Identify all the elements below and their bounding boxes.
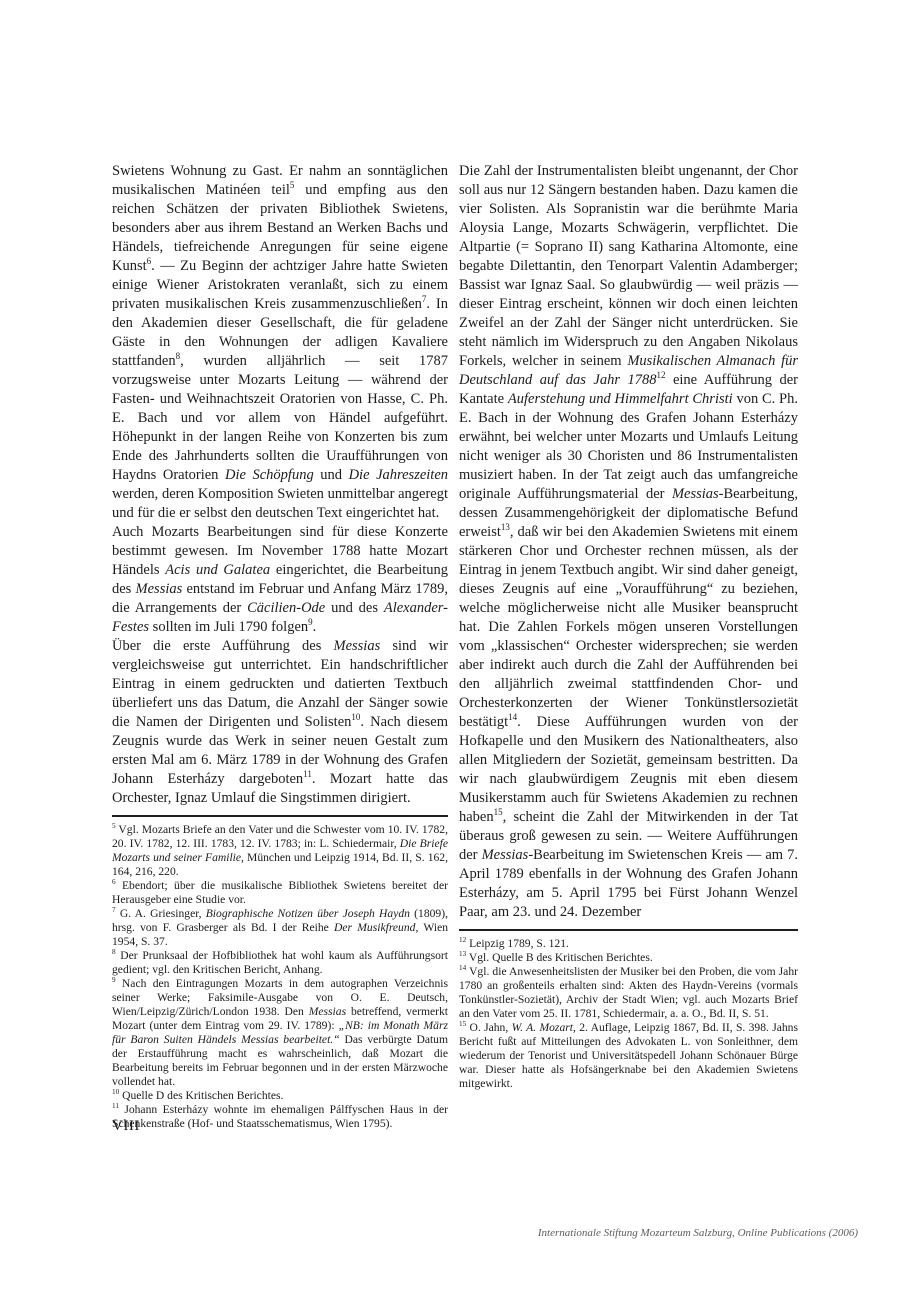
- footnote-number: 5: [112, 822, 116, 830]
- footnote-ref: 13: [501, 522, 510, 532]
- footnote-ref: 15: [494, 807, 503, 817]
- text-segment: Die Zahl der Instrumentalisten bleibt un…: [459, 163, 798, 369]
- footnote-number: 12: [459, 936, 466, 944]
- text-segment: O. Jahn,: [470, 1021, 512, 1034]
- footnote-14: 14 Vgl. die Anwesenheitslisten der Musik…: [459, 965, 798, 1021]
- footnote-15: 15 O. Jahn, W. A. Mozart, 2. Auflage, Le…: [459, 1021, 798, 1091]
- paragraph: Über die erste Aufführung des Messias si…: [112, 637, 448, 808]
- footnote-7: 7 G. A. Griesinger, Biographische Notize…: [112, 907, 448, 949]
- text-segment: sollten im Juli 1790 folgen: [149, 619, 308, 635]
- footnote-12: 12 Leipzig 1789, S. 121.: [459, 937, 798, 951]
- left-footnote-separator-rule: [112, 815, 448, 817]
- footnote-number: 15: [459, 1020, 466, 1028]
- text-segment: . — Zu Beginn der achtziger Jahre hatte …: [112, 258, 448, 312]
- footnote-10: 10 Quelle D des Kritischen Berichtes.: [112, 1089, 448, 1103]
- footnote-6: 6 Ebendort; über die musikalische Biblio…: [112, 879, 448, 907]
- right-column: Die Zahl der Instrumentalisten bleibt un…: [459, 162, 798, 1091]
- text-segment: werden, deren Komposition Swieten unmitt…: [112, 486, 448, 521]
- italic-title-segment: Der Musikfreund: [334, 921, 415, 934]
- footnote-ref: 11: [303, 769, 312, 779]
- left-column-body-text: Swietens Wohnung zu Gast. Er nahm an son…: [112, 162, 448, 808]
- footnote-number: 8: [112, 948, 116, 956]
- italic-title-segment: W. A. Mozart: [512, 1021, 573, 1034]
- footnote-13: 13 Vgl. Quelle B des Kritischen Berichte…: [459, 951, 798, 965]
- text-segment: Leipzig 1789, S. 121.: [469, 937, 569, 950]
- left-column-footnotes: 5 Vgl. Mozarts Briefe an den Vater und d…: [112, 823, 448, 1131]
- text-segment: Johann Esterházy wohnte im ehemaligen Pá…: [112, 1103, 448, 1130]
- italic-title-segment: Messias: [136, 581, 183, 597]
- footnote-number: 14: [459, 964, 466, 972]
- italic-title-segment: Die Schöpfung: [225, 467, 314, 483]
- italic-title-segment: Messias: [334, 638, 381, 654]
- italic-title-segment: Cäcilien-Ode: [247, 600, 325, 616]
- text-segment: Quelle D des Kritischen Berichtes.: [122, 1089, 283, 1102]
- text-segment: Ebendort; über die musikalische Biblioth…: [112, 879, 448, 906]
- right-column-footnotes: 12 Leipzig 1789, S. 121.13 Vgl. Quelle B…: [459, 937, 798, 1091]
- italic-title-segment: Biographische Notizen über Joseph Haydn: [206, 907, 410, 920]
- italic-title-segment: Die Jahreszeiten: [349, 467, 448, 483]
- scanned-book-page: { "page": { "number": "VIII", "footer": …: [0, 0, 900, 1299]
- footnote-number: 9: [112, 976, 116, 984]
- paragraph: Auch Mozarts Bearbeitungen sind für dies…: [112, 523, 448, 637]
- text-segment: G. A. Griesinger,: [120, 907, 206, 920]
- paragraph: Die Zahl der Instrumentalisten bleibt un…: [459, 162, 798, 922]
- footnote-8: 8 Der Prunksaal der Hofbibliothek hat wo…: [112, 949, 448, 977]
- italic-title-segment: Messias: [672, 486, 719, 502]
- footnote-number: 11: [112, 1102, 119, 1110]
- footnote-number: 6: [112, 878, 116, 886]
- text-segment: , daß wir bei den Akademien Swietens mit…: [459, 524, 798, 730]
- footnote-9: 9 Nach den Eintragungen Mozarts in dem a…: [112, 977, 448, 1089]
- text-segment: Vgl. Mozarts Briefe an den Vater und die…: [112, 823, 448, 850]
- text-segment: und: [314, 467, 349, 483]
- footnote-11: 11 Johann Esterházy wohnte im ehemaligen…: [112, 1103, 448, 1131]
- left-column: Swietens Wohnung zu Gast. Er nahm an son…: [112, 162, 448, 1131]
- footnote-number: 7: [112, 906, 116, 914]
- italic-title-segment: Messias: [309, 1005, 346, 1018]
- right-column-body-text: Die Zahl der Instrumentalisten bleibt un…: [459, 162, 798, 922]
- text-segment: Vgl. Quelle B des Kritischen Berichtes.: [469, 951, 653, 964]
- footnote-5: 5 Vgl. Mozarts Briefe an den Vater und d…: [112, 823, 448, 879]
- paragraph: Swietens Wohnung zu Gast. Er nahm an son…: [112, 162, 448, 523]
- footer-credit: Internationale Stiftung Mozarteum Salzbu…: [538, 1227, 858, 1239]
- italic-title-segment: Messias: [482, 847, 529, 863]
- footnote-ref: 14: [508, 712, 517, 722]
- text-segment: Der Prunksaal der Hofbibliothek hat wohl…: [112, 949, 448, 976]
- text-segment: Vgl. die Anwesenheitslisten der Musiker …: [459, 965, 798, 1020]
- footnote-number: 13: [459, 950, 466, 958]
- text-segment: und des: [325, 600, 384, 616]
- page-number: VIII: [112, 1118, 140, 1135]
- right-footnote-separator-rule: [459, 929, 798, 931]
- footnote-number: 10: [112, 1088, 119, 1096]
- text-segment: , wurden alljährlich — seit 1787 vorzugs…: [112, 353, 448, 483]
- italic-title-segment: Auferstehung und Himmelfahrt Christi: [508, 391, 733, 407]
- text-segment: .: [313, 619, 317, 635]
- italic-title-segment: Acis und Galatea: [165, 562, 270, 578]
- text-segment: Über die erste Aufführung des: [112, 638, 334, 654]
